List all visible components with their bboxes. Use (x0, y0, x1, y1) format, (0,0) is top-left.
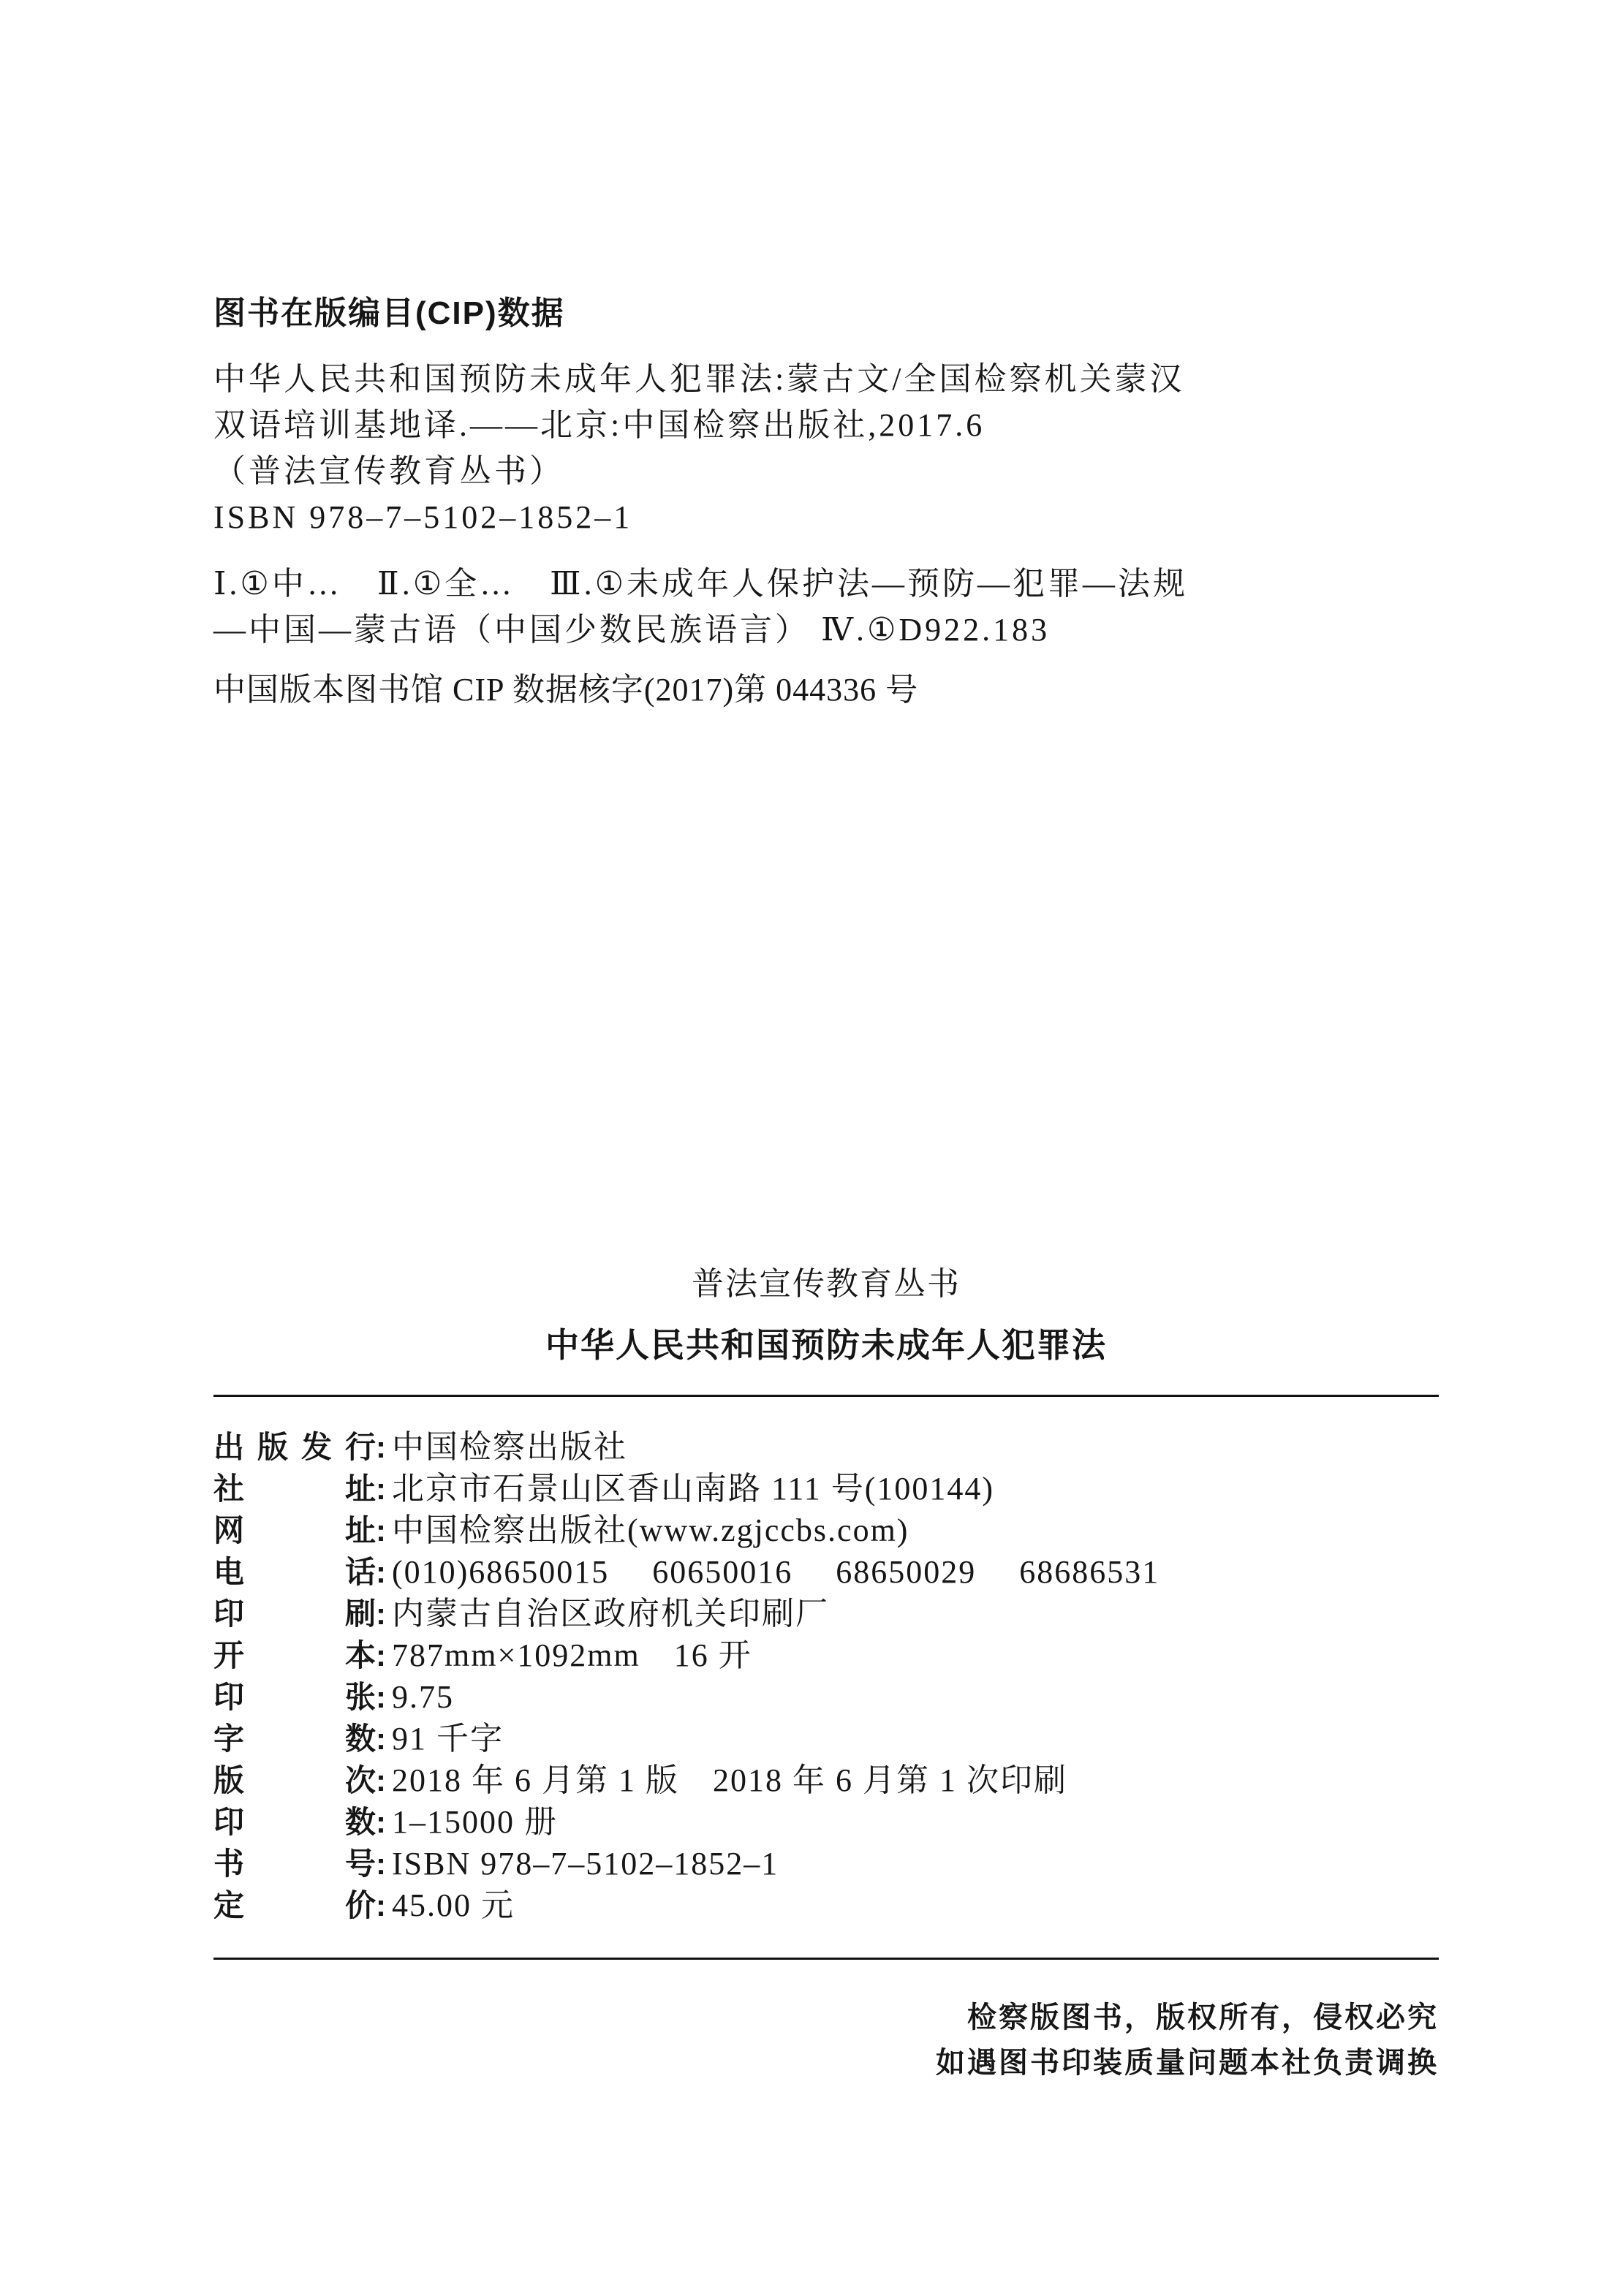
info-value: 北京市石景山区香山南路 111 号(100144) (392, 1468, 994, 1509)
book-copyright-page: 图书在版编目(CIP)数据 中华人民共和国预防未成年人犯罪法:蒙古文/全国检察机… (0, 0, 1623, 2296)
info-row-address: 社址:北京市石景山区香山南路 111 号(100144) (213, 1468, 1439, 1509)
info-label: 出版发行 (213, 1426, 376, 1468)
series-title: 普法宣传教育丛书 (213, 1264, 1439, 1305)
info-label: 印数 (213, 1801, 376, 1843)
cip-description-block: 中华人民共和国预防未成年人犯罪法:蒙古文/全国检察机关蒙汉 双语培训基地译.——… (213, 356, 1439, 540)
notice-line-2: 如遇图书印装质量问题本社负责调换 (213, 2040, 1439, 2085)
info-row-sheets: 印张:9.75 (213, 1676, 1439, 1718)
info-row-isbn: 书号:ISBN 978–7–5102–1852–1 (213, 1843, 1439, 1884)
info-value: (010)68650015 60650016 68650029 68686531 (392, 1551, 1159, 1593)
info-colon: : (376, 1759, 386, 1801)
cip-series-note: （普法宣传教育丛书） (213, 448, 1439, 494)
info-colon: : (376, 1468, 386, 1509)
cip-record-number: 中国版本图书馆 CIP 数据核字(2017)第 044336 号 (213, 670, 1439, 711)
info-value: 787mm×1092mm 16 开 (392, 1634, 752, 1676)
info-label: 开本 (213, 1634, 376, 1676)
info-row-printrun: 印数:1–15000 册 (213, 1801, 1439, 1843)
info-colon: : (376, 1801, 386, 1843)
info-value: 1–15000 册 (392, 1801, 558, 1843)
info-colon: : (376, 1843, 386, 1884)
info-label: 印刷 (213, 1593, 376, 1634)
info-value: 45.00 元 (392, 1884, 515, 1926)
divider-bottom (213, 1958, 1439, 1960)
info-label: 版次 (213, 1759, 376, 1801)
info-row-edition: 版次:2018 年 6 月第 1 版 2018 年 6 月第 1 次印刷 (213, 1759, 1439, 1801)
info-colon: : (376, 1551, 386, 1593)
info-colon: : (376, 1634, 386, 1676)
info-value: 91 千字 (392, 1718, 504, 1759)
info-row-website: 网址:中国检察出版社(www.zgjccbs.com) (213, 1509, 1439, 1551)
copyright-notice: 检察版图书，版权所有，侵权必究 如遇图书印装质量问题本社负责调换 (213, 1995, 1439, 2085)
info-row-format: 开本:787mm×1092mm 16 开 (213, 1634, 1439, 1676)
info-label: 书号 (213, 1843, 376, 1884)
info-value: 2018 年 6 月第 1 版 2018 年 6 月第 1 次印刷 (392, 1759, 1067, 1801)
info-colon: : (376, 1718, 386, 1759)
cip-classification-line-2: —中国—蒙古语（中国少数民族语言） Ⅳ.①D922.183 (213, 607, 1439, 653)
info-colon: : (376, 1676, 386, 1718)
book-title: 中华人民共和国预防未成年人犯罪法 (213, 1323, 1439, 1367)
info-label: 定价 (213, 1884, 376, 1926)
cip-heading: 图书在版编目(CIP)数据 (213, 293, 1439, 334)
info-value: 中国检察出版社(www.zgjccbs.com) (392, 1509, 909, 1551)
info-label: 电话 (213, 1551, 376, 1593)
cip-classification-line-1: Ⅰ.①中… Ⅱ.①全… Ⅲ.①未成年人保护法—预防—犯罪—法规 (213, 561, 1439, 607)
info-value: 中国检察出版社 (392, 1426, 627, 1468)
info-value: ISBN 978–7–5102–1852–1 (392, 1843, 779, 1884)
cip-description-line-1: 中华人民共和国预防未成年人犯罪法:蒙古文/全国检察机关蒙汉 (213, 356, 1439, 402)
cip-isbn: ISBN 978–7–5102–1852–1 (213, 494, 1439, 540)
info-value: 内蒙古自治区政府机关印刷厂 (392, 1593, 829, 1634)
info-colon: : (376, 1509, 386, 1551)
notice-line-1: 检察版图书，版权所有，侵权必究 (213, 1995, 1439, 2040)
info-value: 9.75 (392, 1676, 454, 1718)
cip-description-line-2: 双语培训基地译.——北京:中国检察出版社,2017.6 (213, 402, 1439, 448)
info-row-publisher: 出版发行:中国检察出版社 (213, 1426, 1439, 1468)
info-row-printer: 印刷:内蒙古自治区政府机关印刷厂 (213, 1593, 1439, 1634)
info-label: 社址 (213, 1468, 376, 1509)
publication-info: 出版发行:中国检察出版社 社址:北京市石景山区香山南路 111 号(100144… (213, 1426, 1439, 1926)
info-colon: : (376, 1426, 386, 1468)
info-label: 印张 (213, 1676, 376, 1718)
cip-classification-block: Ⅰ.①中… Ⅱ.①全… Ⅲ.①未成年人保护法—预防—犯罪—法规 —中国—蒙古语（… (213, 561, 1439, 653)
info-row-phone: 电话:(010)68650015 60650016 68650029 68686… (213, 1551, 1439, 1593)
divider-top (213, 1395, 1439, 1397)
info-row-wordcount: 字数:91 千字 (213, 1718, 1439, 1759)
info-label: 网址 (213, 1509, 376, 1551)
info-label: 字数 (213, 1718, 376, 1759)
info-colon: : (376, 1593, 386, 1634)
info-colon: : (376, 1884, 386, 1926)
info-row-price: 定价:45.00 元 (213, 1884, 1439, 1926)
